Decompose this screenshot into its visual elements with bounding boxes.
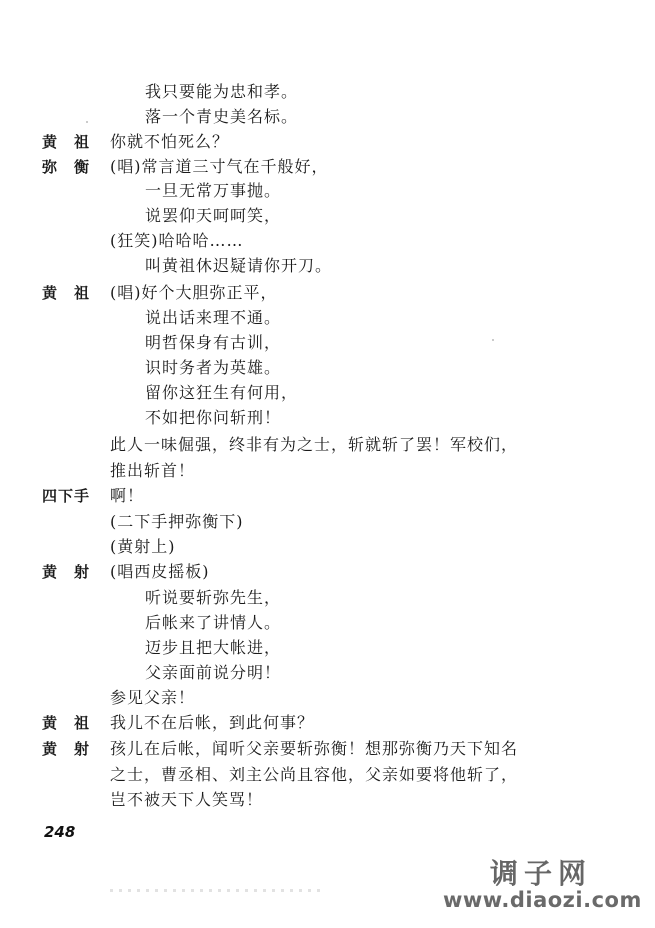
verse-text: 说罢仰天呵呵笑， xyxy=(145,205,281,227)
watermark-site-name: 调子网 xyxy=(490,852,592,892)
script-line: 黄 射 孩儿在后帐，闻听父亲要斩弥衡！想那弥衡乃天下知名 xyxy=(0,738,655,760)
script-line: 此人一味倔强，终非有为之士，斩就斩了罢！军校们， xyxy=(0,434,655,456)
scan-artifact xyxy=(110,889,320,892)
dialogue-text: 你就不怕死么？ xyxy=(110,131,229,153)
script-line: 识时务者为英雄。 xyxy=(0,357,655,379)
stage-direction: 参见父亲！ xyxy=(110,687,195,709)
verse-text: 明哲保身有古训， xyxy=(145,332,281,354)
scan-artifact xyxy=(492,339,494,341)
verse-text: 识时务者为英雄。 xyxy=(145,357,281,379)
script-line: 留你这狂生有何用， xyxy=(0,382,655,404)
dialogue-continuation: 岂不被天下人笑骂！ xyxy=(110,789,263,811)
stage-direction: (狂笑)哈哈哈…… xyxy=(110,230,244,252)
script-line: 我只要能为忠和孝。 xyxy=(0,81,655,103)
verse-text: 一旦无常万事抛。 xyxy=(145,180,281,202)
dialogue-text: (唱西皮摇板) xyxy=(110,561,210,583)
script-line: 弥 衡 (唱)常言道三寸气在千般好， xyxy=(0,156,655,178)
script-line: 迈步且把大帐进， xyxy=(0,637,655,659)
verse-text: 听说要斩弥先生， xyxy=(145,587,281,609)
script-line: 叫黄祖休迟疑请你开刀。 xyxy=(0,255,655,277)
scanned-script-page: 我只要能为忠和孝。 落一个青史美名标。 黄 祖 你就不怕死么？ 弥 衡 (唱)常… xyxy=(0,0,655,928)
dialogue-continuation: 之士，曹丞相、刘主公尚且容他，父亲如要将他斩了， xyxy=(110,764,518,786)
verse-text: 我只要能为忠和孝。 xyxy=(145,81,298,103)
stage-direction: (黄射上) xyxy=(110,536,176,558)
verse-text: 后帐来了讲情人。 xyxy=(145,612,281,634)
script-line: (狂笑)哈哈哈…… xyxy=(0,230,655,252)
script-line: 明哲保身有古训， xyxy=(0,332,655,354)
verse-text: 说出话来理不通。 xyxy=(145,307,281,329)
script-line: 黄 射 (唱西皮摇板) xyxy=(0,561,655,583)
script-line: 推出斩首！ xyxy=(0,460,655,482)
script-line: 黄 祖 (唱)好个大胆弥正平， xyxy=(0,282,655,304)
scan-artifact xyxy=(86,121,88,123)
script-line: 不如把你问斩刑！ xyxy=(0,407,655,429)
verse-text: 落一个青史美名标。 xyxy=(145,106,298,128)
verse-text: 叫黄祖休迟疑请你开刀。 xyxy=(145,255,332,277)
script-line: 说出话来理不通。 xyxy=(0,307,655,329)
script-line: 父亲面前说分明！ xyxy=(0,662,655,684)
script-line: 听说要斩弥先生， xyxy=(0,587,655,609)
dialogue-text: (唱)好个大胆弥正平， xyxy=(110,282,278,304)
watermark-url: www.diaozi.com xyxy=(443,888,642,912)
script-line: 一旦无常万事抛。 xyxy=(0,180,655,202)
verse-text: 父亲面前说分明！ xyxy=(145,662,281,684)
script-line: 黄 祖 我儿不在后帐，到此何事？ xyxy=(0,712,655,734)
script-line: 落一个青史美名标。 xyxy=(0,106,655,128)
script-line: 四下手 啊！ xyxy=(0,485,655,507)
script-line: (二下手押弥衡下) xyxy=(0,511,655,533)
dialogue-text: 孩儿在后帐，闻听父亲要斩弥衡！想那弥衡乃天下知名 xyxy=(110,738,518,760)
script-line: 岂不被天下人笑骂！ xyxy=(0,789,655,811)
script-line: 之士，曹丞相、刘主公尚且容他，父亲如要将他斩了， xyxy=(0,764,655,786)
verse-text: 留你这狂生有何用， xyxy=(145,382,298,404)
verse-text: 不如把你问斩刑！ xyxy=(145,407,281,429)
stage-direction: 推出斩首！ xyxy=(110,460,195,482)
stage-direction: 此人一味倔强，终非有为之士，斩就斩了罢！军校们， xyxy=(110,434,518,456)
script-line: 说罢仰天呵呵笑， xyxy=(0,205,655,227)
stage-direction: (二下手押弥衡下) xyxy=(110,511,244,533)
script-line: 黄 祖 你就不怕死么？ xyxy=(0,131,655,153)
page-number: 248 xyxy=(44,823,75,841)
script-line: 参见父亲！ xyxy=(0,687,655,709)
dialogue-text: 我儿不在后帐，到此何事？ xyxy=(110,712,314,734)
script-line: (黄射上) xyxy=(0,536,655,558)
verse-text: 迈步且把大帐进， xyxy=(145,637,281,659)
script-line: 后帐来了讲情人。 xyxy=(0,612,655,634)
dialogue-text: 啊！ xyxy=(110,485,144,507)
dialogue-text: (唱)常言道三寸气在千般好， xyxy=(110,156,329,178)
